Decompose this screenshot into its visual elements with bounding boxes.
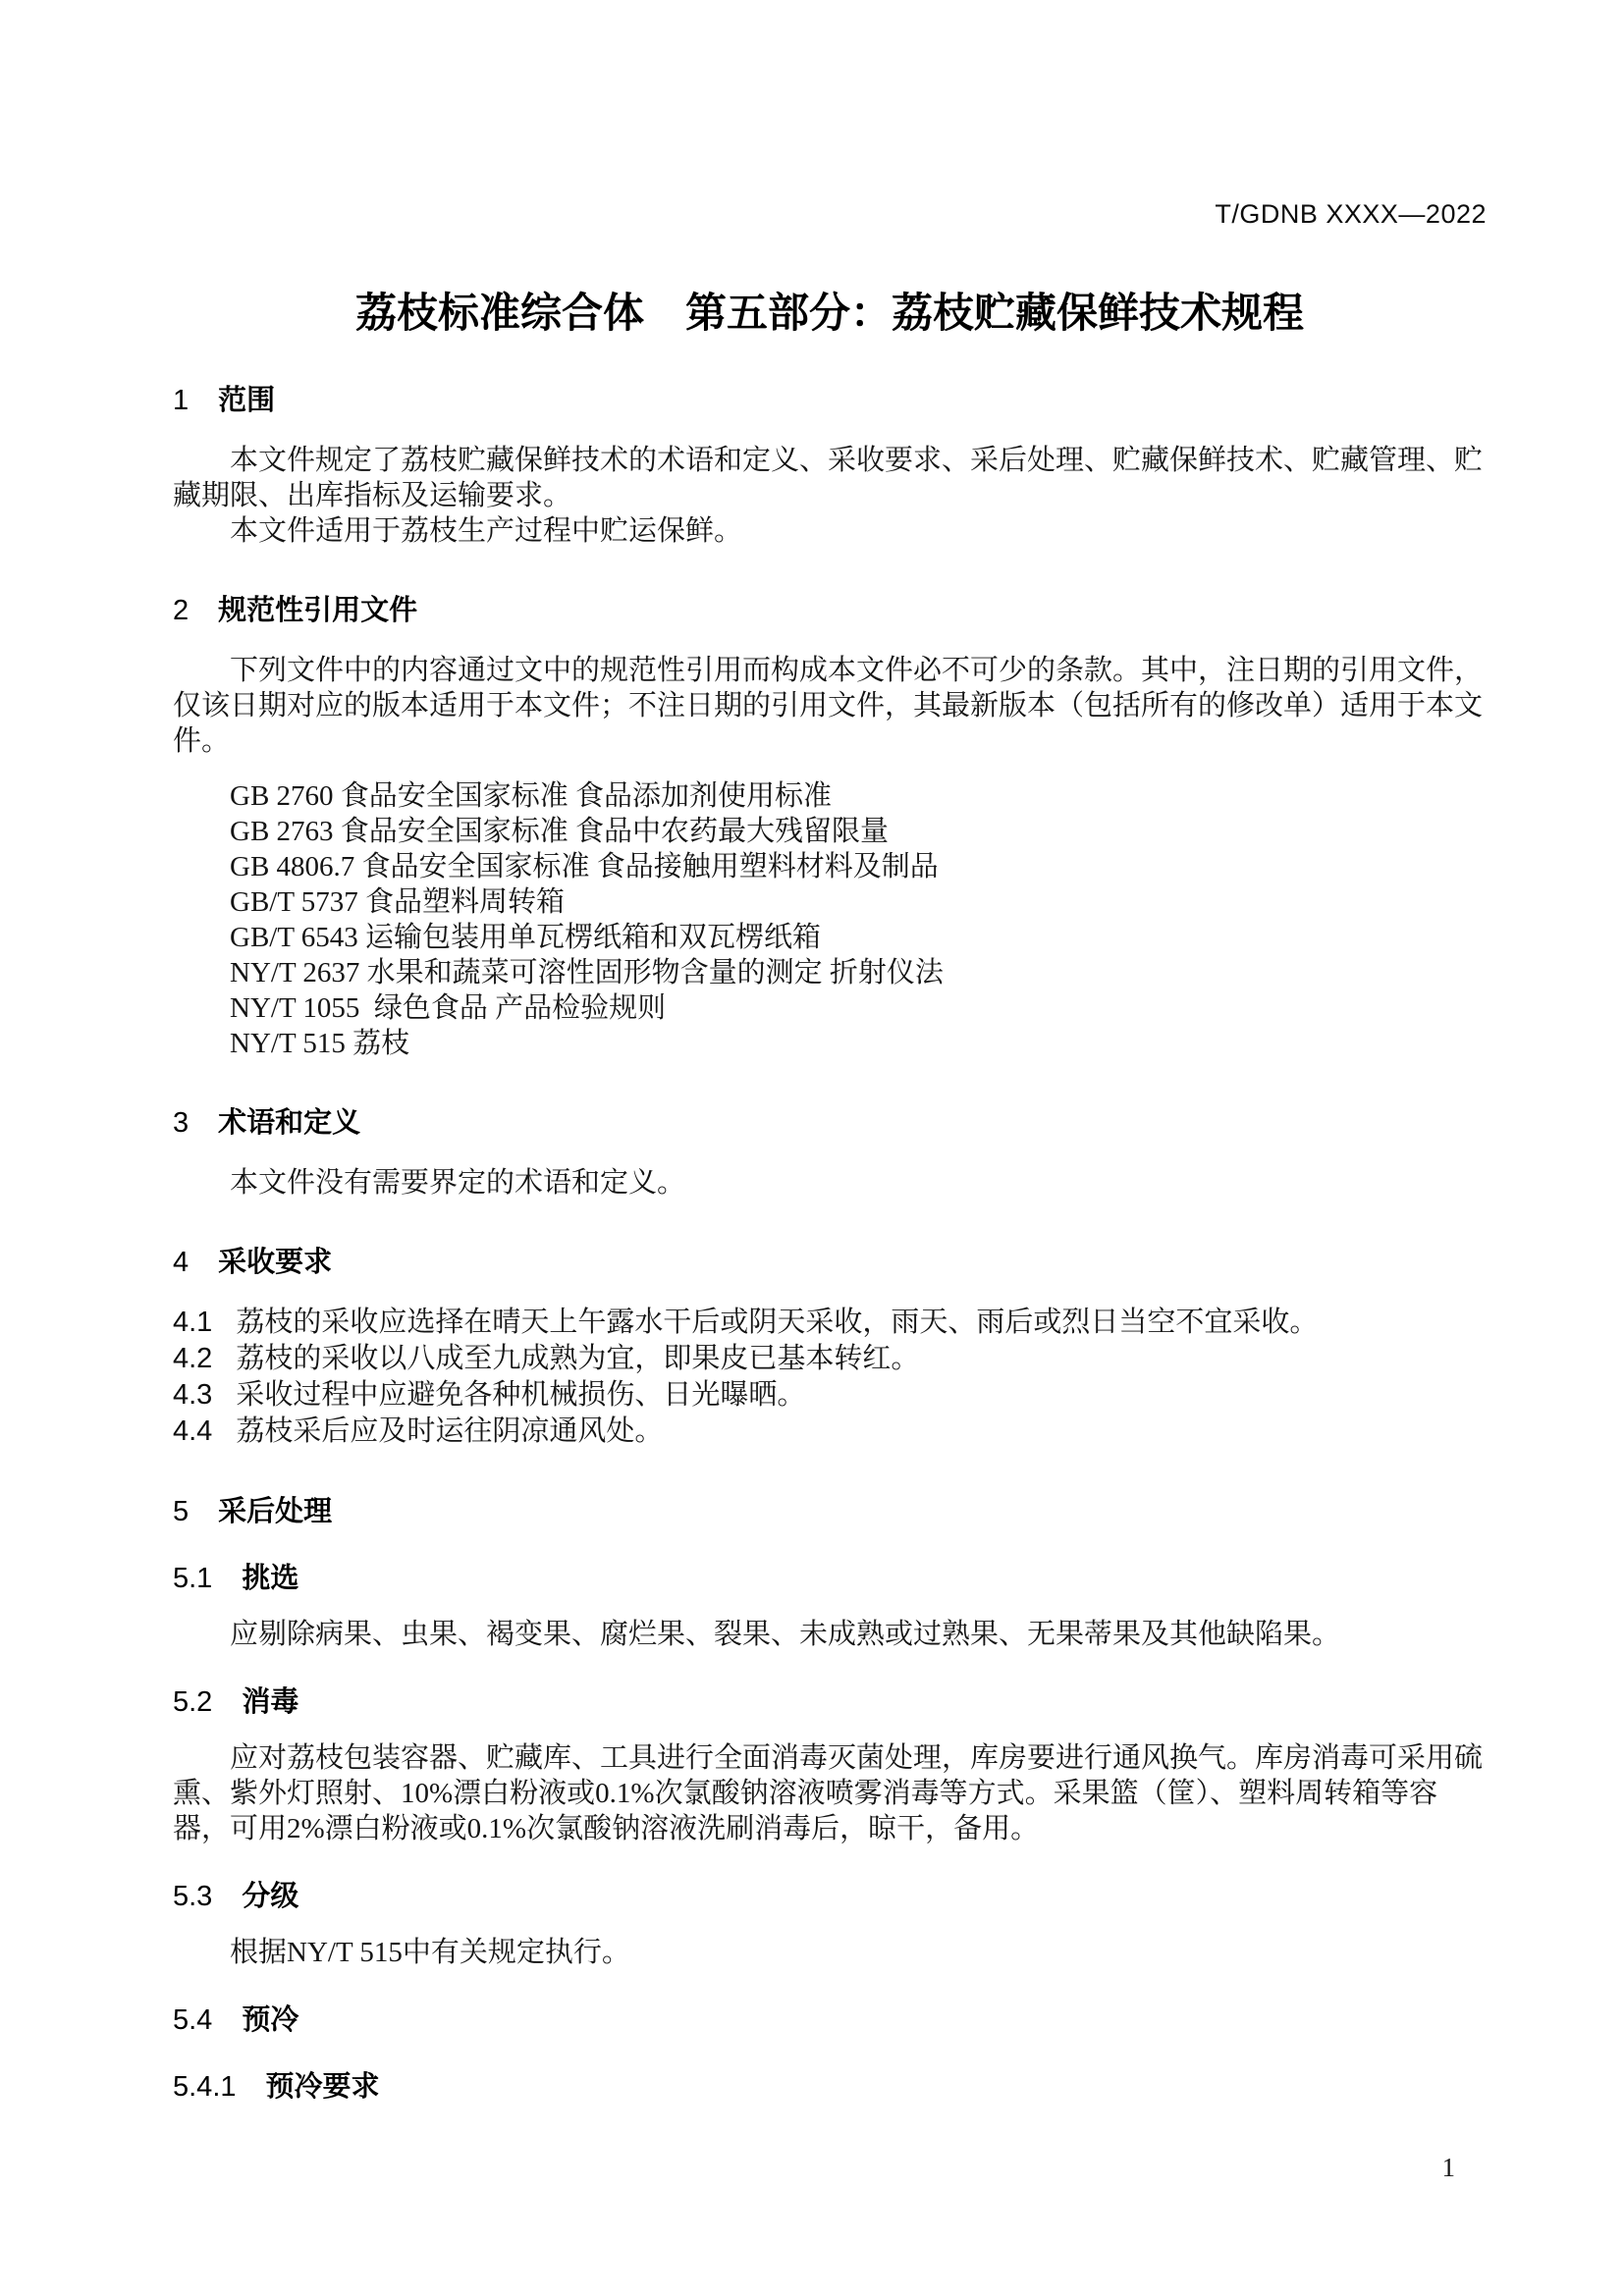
section-5-3-heading: 5.3分级 bbox=[173, 1880, 1487, 1913]
section-1-heading: 1范围 bbox=[173, 384, 1487, 417]
document-title: 荔枝标准综合体 第五部分：荔枝贮藏保鲜技术规程 bbox=[173, 288, 1487, 339]
clause-4-1: 4.1荔枝的采收应选择在晴天上午露水干后或阴天采收，雨天、雨后或烈日当空不宜采收… bbox=[173, 1305, 1487, 1341]
clause-number: 4.4 bbox=[173, 1415, 212, 1447]
page-number: 1 bbox=[1442, 2153, 1456, 2183]
clause-4-4: 4.4荔枝采后应及时运往阴凉通风处。 bbox=[173, 1414, 1487, 1450]
section-5-4-heading: 5.4预冷 bbox=[173, 2003, 1487, 2037]
section-3-heading: 3术语和定义 bbox=[173, 1106, 1487, 1140]
reference-item: GB/T 6543 运输包装用单瓦楞纸箱和双瓦楞纸箱 bbox=[173, 920, 1487, 955]
section-3-paragraph: 本文件没有需要界定的术语和定义。 bbox=[173, 1165, 1487, 1201]
section-2-title: 规范性引用文件 bbox=[218, 595, 417, 626]
reference-item: GB 2763 食品安全国家标准 食品中农药最大残留限量 bbox=[173, 814, 1487, 849]
reference-item: NY/T 2637 水果和蔬菜可溶性固形物含量的测定 折射仪法 bbox=[173, 955, 1487, 990]
clause-number: 4.2 bbox=[173, 1343, 212, 1374]
section-5-1-paragraph: 应剔除病果、虫果、褐变果、腐烂果、裂果、未成熟或过熟果、无果蒂果及其他缺陷果。 bbox=[173, 1617, 1487, 1652]
clause-text: 荔枝的采收以八成至九成熟为宜，即果皮已基本转红。 bbox=[236, 1343, 919, 1374]
clause-text: 荔枝的采收应选择在晴天上午露水干后或阴天采收，雨天、雨后或烈日当空不宜采收。 bbox=[236, 1307, 1318, 1338]
section-4-number: 4 bbox=[173, 1247, 189, 1278]
section-5-3-title: 分级 bbox=[242, 1881, 298, 1912]
section-1-paragraph: 本文件规定了荔枝贮藏保鲜技术的术语和定义、采收要求、采后处理、贮藏保鲜技术、贮藏… bbox=[173, 443, 1487, 513]
doc-number: T/GDNB XXXX—2022 bbox=[173, 199, 1487, 229]
reference-item: NY/T 1055 绿色食品 产品检验规则 bbox=[173, 990, 1487, 1026]
document-page: T/GDNB XXXX—2022 荔枝标准综合体 第五部分：荔枝贮藏保鲜技术规程… bbox=[0, 0, 1624, 2296]
reference-item: GB/T 5737 食品塑料周转箱 bbox=[173, 884, 1487, 920]
section-5-4-1-title: 预冷要求 bbox=[266, 2071, 380, 2103]
section-5-1-number: 5.1 bbox=[173, 1563, 212, 1594]
section-1-number: 1 bbox=[173, 385, 189, 416]
section-5-4-title: 预冷 bbox=[242, 2004, 298, 2036]
clause-4-2: 4.2荔枝的采收以八成至九成熟为宜，即果皮已基本转红。 bbox=[173, 1341, 1487, 1377]
reference-item: GB 2760 食品安全国家标准 食品添加剂使用标准 bbox=[173, 778, 1487, 814]
reference-item: NY/T 515 荔枝 bbox=[173, 1026, 1487, 1061]
section-5-4-number: 5.4 bbox=[173, 2004, 212, 2036]
section-5-1-title: 挑选 bbox=[242, 1563, 298, 1594]
section-2-number: 2 bbox=[173, 595, 189, 626]
section-1-paragraph: 本文件适用于荔枝生产过程中贮运保鲜。 bbox=[173, 513, 1487, 549]
clause-4-3: 4.3采收过程中应避免各种机械损伤、日光曝晒。 bbox=[173, 1377, 1487, 1414]
section-3-title: 术语和定义 bbox=[218, 1107, 360, 1139]
section-5-2-number: 5.2 bbox=[173, 1686, 212, 1718]
reference-item: GB 4806.7 食品安全国家标准 食品接触用塑料材料及制品 bbox=[173, 849, 1487, 884]
section-3-number: 3 bbox=[173, 1107, 189, 1139]
section-4-title: 采收要求 bbox=[218, 1247, 332, 1278]
section-5-2-title: 消毒 bbox=[242, 1686, 298, 1718]
section-5-3-number: 5.3 bbox=[173, 1881, 212, 1912]
section-2-heading: 2规范性引用文件 bbox=[173, 594, 1487, 627]
section-5-heading: 5采后处理 bbox=[173, 1495, 1487, 1528]
section-5-number: 5 bbox=[173, 1496, 189, 1527]
clause-number: 4.1 bbox=[173, 1307, 212, 1338]
section-5-4-1-number: 5.4.1 bbox=[173, 2071, 237, 2103]
section-5-title: 采后处理 bbox=[218, 1496, 332, 1527]
section-5-1-heading: 5.1挑选 bbox=[173, 1562, 1487, 1595]
section-4-heading: 4采收要求 bbox=[173, 1246, 1487, 1279]
section-5-2-paragraph: 应对荔枝包装容器、贮藏库、工具进行全面消毒灭菌处理，库房要进行通风换气。库房消毒… bbox=[173, 1740, 1487, 1846]
section-5-4-1-heading: 5.4.1预冷要求 bbox=[173, 2070, 1487, 2104]
normative-references-list: GB 2760 食品安全国家标准 食品添加剂使用标准 GB 2763 食品安全国… bbox=[173, 778, 1487, 1061]
clause-text: 采收过程中应避免各种机械损伤、日光曝晒。 bbox=[236, 1379, 805, 1411]
section-5-3-paragraph: 根据NY/T 515中有关规定执行。 bbox=[173, 1935, 1487, 1970]
section-5-2-heading: 5.2消毒 bbox=[173, 1685, 1487, 1719]
section-1-title: 范围 bbox=[218, 385, 275, 416]
clause-text: 荔枝采后应及时运往阴凉通风处。 bbox=[236, 1415, 663, 1447]
section-2-paragraph: 下列文件中的内容通过文中的规范性引用而构成本文件必不可少的条款。其中，注日期的引… bbox=[173, 653, 1487, 759]
clause-number: 4.3 bbox=[173, 1379, 212, 1411]
